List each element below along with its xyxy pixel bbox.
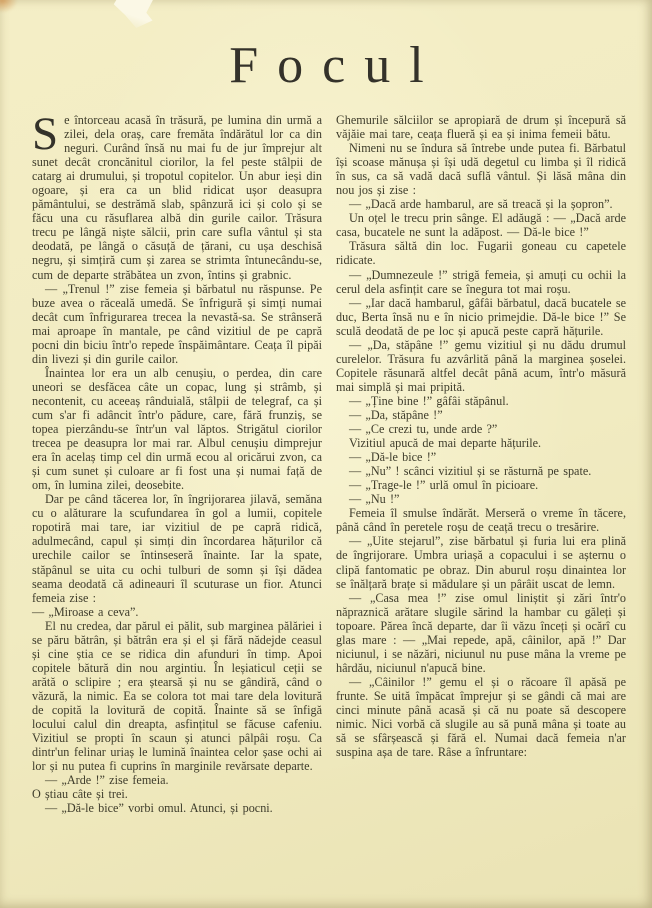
paragraph: — „Dacă arde hambarul, are să treacă și … <box>336 197 626 211</box>
paragraph: Un oțel le trecu prin sânge. El adăugă :… <box>336 211 626 239</box>
paragraph: Se întorceau acasă în trăsură, pe lumina… <box>32 113 322 282</box>
paragraph: O știau câte și trei. <box>32 787 322 801</box>
paragraph: — „Ce crezi tu, unde arde ?” <box>336 422 626 436</box>
paragraph: — „Câinilor !” gemu el și o răcoare îl a… <box>336 675 626 759</box>
paragraph: — „Uite stejarul”, zise bărbatul și furi… <box>336 534 626 590</box>
paragraph: — „Arde !” zise femeia. <box>32 773 322 787</box>
left-column: Se întorceau acasă în trăsură, pe lumina… <box>32 113 322 815</box>
paragraph: Vizitiul apucă de mai departe hățurile. <box>336 436 626 450</box>
right-column: Ghemurile sălciilor se apropiară de drum… <box>336 113 626 815</box>
paragraph: — „Ține bine !” gâfâi stăpânul. <box>336 394 626 408</box>
paragraph: — „Miroase a ceva”. <box>32 605 322 619</box>
ink-smudge <box>0 0 18 13</box>
paragraph: — „Trenul !” zise femeia și bărbatul nu … <box>32 282 322 366</box>
paragraph: — „Dă-le bice !” <box>336 450 626 464</box>
paragraph: — „Da, stăpâne !” gemu vizitiul și nu dă… <box>336 338 626 394</box>
page-title: Focul <box>0 0 652 111</box>
paragraph: Înaintea lor era un alb cenușiu, o perde… <box>32 366 322 492</box>
paragraph: — „Dumnezeule !” strigă femeia, și amuți… <box>336 268 626 296</box>
paragraph: — „Trage-le !” urlă omul în picioare. <box>336 478 626 492</box>
paragraph: Femeia îl smulse îndărăt. Merseră o vrem… <box>336 506 626 534</box>
paragraph: Ghemurile sălciilor se apropiară de drum… <box>336 113 626 141</box>
scanned-book-page: Focul Se întorceau acasă în trăsură, pe … <box>0 0 652 908</box>
paragraph: — „Nu !” <box>336 492 626 506</box>
paragraph: — „Iar dacă hambarul, gâfâi bărbatul, da… <box>336 296 626 338</box>
paragraph: — „Da, stăpâne !” <box>336 408 626 422</box>
drop-cap: S <box>32 113 64 152</box>
paragraph: Nimeni nu se îndura să întrebe unde pute… <box>336 141 626 197</box>
paragraph: El nu credea, dar părul ei pălit, sub ma… <box>32 619 322 774</box>
paragraph: — „Casa mea !” zise omul liniștit și zăr… <box>336 591 626 675</box>
paragraph: Trăsura săltă din loc. Fugarii goneau cu… <box>336 239 626 267</box>
paragraph: Dar pe când tăcerea lor, în îngrijorarea… <box>32 492 322 604</box>
text-columns: Se întorceau acasă în trăsură, pe lumina… <box>0 111 652 815</box>
paragraph: — „Nu” ! scânci vizitiul și se răsturnă … <box>336 464 626 478</box>
paragraph: — „Dă-le bice” vorbi omul. Atunci, și po… <box>32 801 322 815</box>
